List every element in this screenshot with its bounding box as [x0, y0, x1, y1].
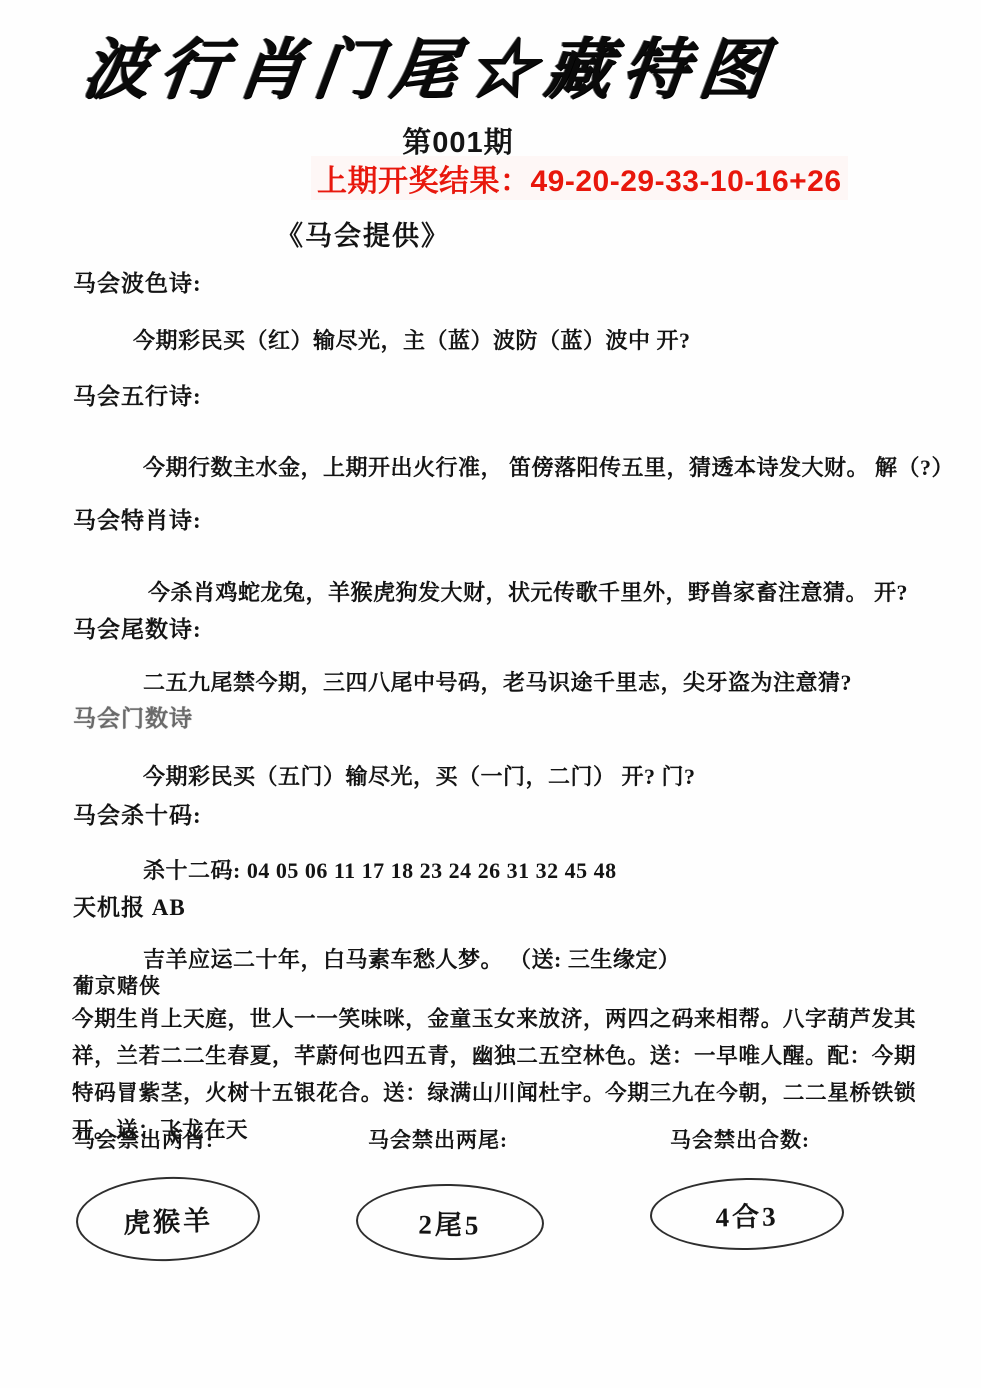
- forbidden-sum-value: 4合3: [715, 1194, 779, 1234]
- section-poem-wuxing: 今期行数主水金，上期开出火行准， 笛傍落阳传五里，猜透本诗发大财。 解（?）: [143, 451, 954, 482]
- provider-label: 《马会提供》: [276, 214, 450, 253]
- pujing-heading: 葡京赌侠: [73, 970, 161, 1000]
- issue-number: 第001期: [0, 120, 916, 161]
- forbidden-tail-circle: 2尾5: [355, 1182, 544, 1261]
- section-heading-shashima: 马会杀十码:: [73, 797, 202, 830]
- section-heading-tianjibao: 天机报 AB: [73, 889, 186, 922]
- section-heading-menshu: 马会门数诗: [73, 700, 193, 733]
- section-heading-bose: 马会波色诗:: [73, 265, 202, 298]
- section-poem-tianjibao: 吉羊应运二十年，白马素车愁人梦。 （送: 三生缘定）: [143, 943, 680, 974]
- section-poem-bose: 今期彩民买（红）输尽光，主（蓝）波防（蓝）波中 开?: [133, 324, 691, 355]
- section-heading-weishu: 马会尾数诗:: [73, 611, 202, 644]
- section-heading-wuxing: 马会五行诗:: [73, 378, 202, 411]
- forbidden-tail-value: 2尾5: [418, 1202, 482, 1242]
- forbidden-tail-label: 马会禁出两尾:: [368, 1124, 508, 1154]
- section-poem-weishu: 二五九尾禁今期，三四八尾中号码，老马识途千里志，尖牙盗为注意猜?: [143, 666, 852, 697]
- forbidden-sum-label: 马会禁出合数:: [670, 1124, 810, 1154]
- lottery-tip-sheet: 波行肖门尾☆藏特图 第001期 上期开奖结果：49-20-29-33-10-16…: [0, 0, 981, 1388]
- forbidden-zodiac-value: 虎猴羊: [122, 1198, 213, 1240]
- forbidden-sum-circle: 4合3: [649, 1176, 844, 1251]
- kill-codes-line: 杀十二码: 04 05 06 11 17 18 23 24 26 31 32 4…: [143, 854, 617, 885]
- section-poem-menshu: 今期彩民买（五门）输尽光，买（一门，二门） 开? 门?: [143, 760, 696, 791]
- section-heading-texiao: 马会特肖诗:: [73, 502, 202, 535]
- section-poem-texiao: 今杀肖鸡蛇龙兔，羊猴虎狗发大财，状元传歌千里外，野兽家畜注意猜。 开?: [148, 576, 908, 607]
- forbidden-zodiac-label: 马会禁出两肖:: [74, 1124, 214, 1154]
- forbidden-zodiac-circle: 虎猴羊: [75, 1174, 262, 1264]
- last-draw-result: 上期开奖结果：49-20-29-33-10-16+26: [311, 156, 848, 200]
- page-title: 波行肖门尾☆藏特图: [78, 16, 850, 111]
